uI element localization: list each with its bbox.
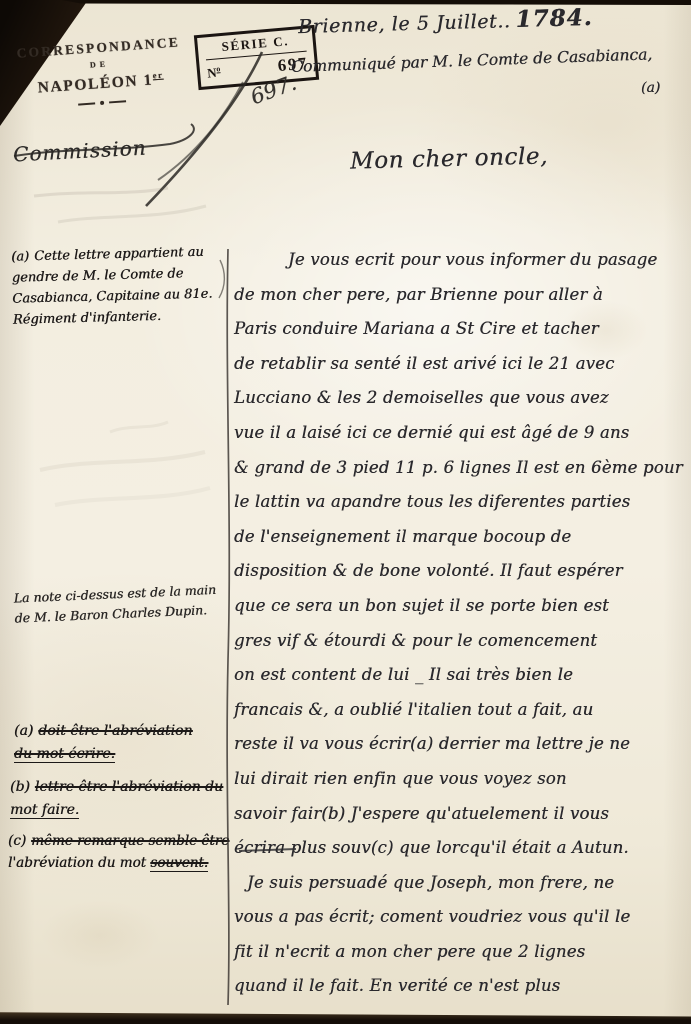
transmission-ref: (a)	[641, 80, 660, 96]
margin-note-dupin: La note ci-dessus est de la main de M. l…	[13, 579, 229, 628]
body-line: Je vous ecrit pour vous informer du pasa…	[234, 243, 691, 278]
scan-edge-top	[62, 0, 691, 5]
margin-note-line: l'abréviation du mot souvent.	[8, 852, 229, 874]
document-page: CORRESPONDANCE DE NAPOLÉON 1er SÉRIE C. …	[0, 0, 691, 1024]
body-line: fit il n'ecrit a mon cher pere que 2 lig…	[234, 935, 691, 970]
body-line: Paris conduire Mariana a St Cire et tach…	[234, 312, 691, 347]
paper-stain	[40, 900, 160, 970]
body-line: de l'enseignement il marque bocoup de	[234, 520, 691, 555]
body-line: que ce sera un bon sujet il se porte bie…	[234, 589, 691, 624]
body-line: écrira plus souv(c) que lorcqu'il était …	[234, 831, 691, 866]
body-line: quand il le fait. En verité ce n'est plu…	[234, 969, 691, 1004]
body-line: de mon cher pere, par Brienne pour aller…	[234, 278, 691, 313]
margin-note-line: (b)lettre être l'abréviation du	[10, 776, 223, 799]
margin-note-line: Régiment d'infanterie.	[13, 304, 225, 331]
margin-note-line: mot faire.	[10, 799, 223, 822]
printed-header: CORRESPONDANCE DE NAPOLÉON 1er	[12, 34, 188, 111]
body-line: reste il va vous écrir(a) derrier ma let…	[234, 727, 691, 762]
struck-commission: Commission	[12, 136, 147, 167]
margin-note-line: du mot écrire.	[14, 743, 192, 766]
transmission-line: Communiqué par M. le Comte de Casabianca…	[291, 44, 689, 76]
body-line: & grand de 3 pied 11 p. 6 lignes Il est …	[234, 451, 691, 486]
body-line: savoir fair(b) J'espere qu'atuelement il…	[234, 797, 691, 832]
body-line: le lattin va apandre tous les diferentes…	[234, 485, 691, 520]
header-rule	[16, 95, 188, 111]
margin-note-provenance: (a)Cette lettre appartient au gendre de …	[11, 241, 225, 331]
date-line: Brienne, le 5 Juillet.. 1784.	[298, 4, 593, 39]
body-line: on est content de lui _ Il sai très bien…	[234, 658, 691, 693]
margin-note-b: (b)lettre être l'abréviation du mot fair…	[10, 776, 223, 822]
body-line: Lucciano & les 2 demoiselles que vous av…	[234, 381, 691, 416]
body-line: lui dirait rien enfin que vous voyez son	[234, 762, 691, 797]
margin-note-a: (a)doit être l'abréviation du mot écrire…	[14, 720, 192, 766]
margin-note-line: (a)doit être l'abréviation	[14, 720, 192, 743]
body-line: gres vif & étourdi & pour le comencement	[234, 624, 691, 659]
scan-edge-bottom	[0, 1011, 691, 1024]
salutation: Mon cher oncle,	[350, 143, 549, 174]
body-line: vue il a laisé ici ce dernié qui est âgé…	[234, 416, 691, 451]
body-line: vous a pas écrit; coment voudriez vous q…	[234, 900, 691, 935]
body-line: de retablir sa senté il est arivé ici le…	[234, 347, 691, 382]
margin-note-c: (c)même remarque semble être l'abréviati…	[8, 830, 229, 874]
body-line: disposition & de bone volonté. Il faut e…	[234, 554, 691, 589]
letter-body: Je vous ecrit pour vous informer du pasa…	[234, 243, 691, 1004]
body-line: francais &, a oublié l'italien tout a fa…	[234, 693, 691, 728]
margin-note-line: (c)même remarque semble être	[8, 830, 229, 852]
body-line: Je suis persuadé que Joseph, mon frere, …	[234, 866, 691, 901]
